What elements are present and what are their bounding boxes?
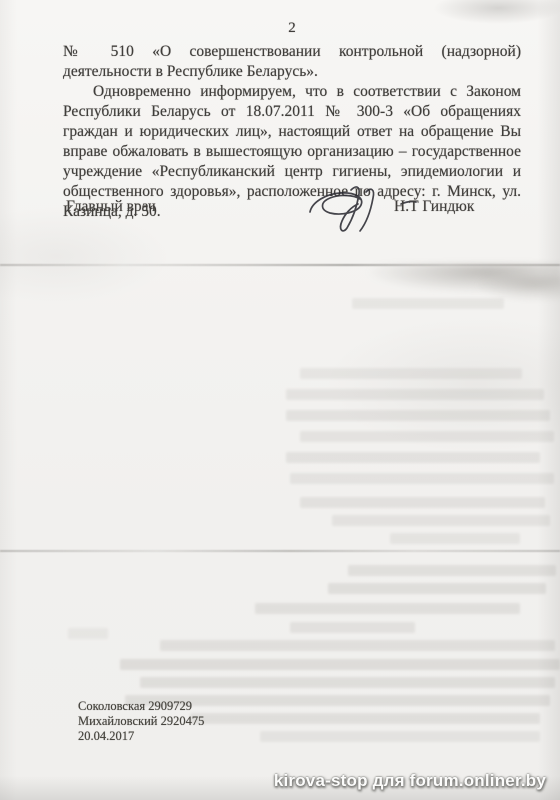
ghost-text-line: [260, 731, 540, 742]
ghost-text-line: [286, 410, 550, 421]
scanned-letter-page: 2 № 510 «О совершенствовании контрольной…: [0, 0, 560, 800]
ghost-text-line: [300, 368, 522, 379]
date-line: 20.04.2017: [78, 729, 204, 744]
ghost-text-line: [68, 628, 108, 639]
fold-crease-bottom: [0, 550, 560, 552]
ghost-text-line: [328, 583, 546, 594]
body-paragraph: № 510 «О совершенствовании контрольной (…: [63, 42, 521, 82]
ghost-text-line: [352, 298, 504, 309]
ghost-text-line: [286, 389, 544, 400]
ghost-text-line: [348, 565, 556, 576]
signature-name: Н.Т Гиндюк: [394, 198, 474, 216]
ghost-text-line: [140, 677, 555, 688]
ghost-text-line: [190, 713, 540, 724]
ghost-text-line: [300, 431, 554, 442]
page-number: 2: [63, 20, 521, 37]
ghost-text-line: [332, 515, 550, 526]
executor-line: Соколовская 2909729: [78, 699, 204, 714]
ghost-text-line: [160, 640, 555, 651]
watermark-text: kirova-stop для forum.onliner.by: [274, 771, 546, 791]
executor-line: Михайловский 2920475: [78, 714, 204, 729]
ghost-text-line: [300, 497, 545, 508]
ghost-text-line: [255, 603, 520, 614]
ghost-text-line: [286, 452, 540, 463]
ghost-text-line: [290, 473, 554, 484]
ghost-text-line: [390, 533, 520, 544]
signature-title: Главный врач: [66, 198, 156, 216]
ghost-text-line: [290, 622, 415, 633]
signature-row: Главный врач Н.Т Гиндюк: [66, 198, 496, 248]
letter-body: № 510 «О совершенствовании контрольной (…: [63, 42, 521, 222]
letter-footer: Соколовская 2909729 Михайловский 2920475…: [78, 699, 204, 744]
ghost-text-line: [120, 659, 560, 670]
